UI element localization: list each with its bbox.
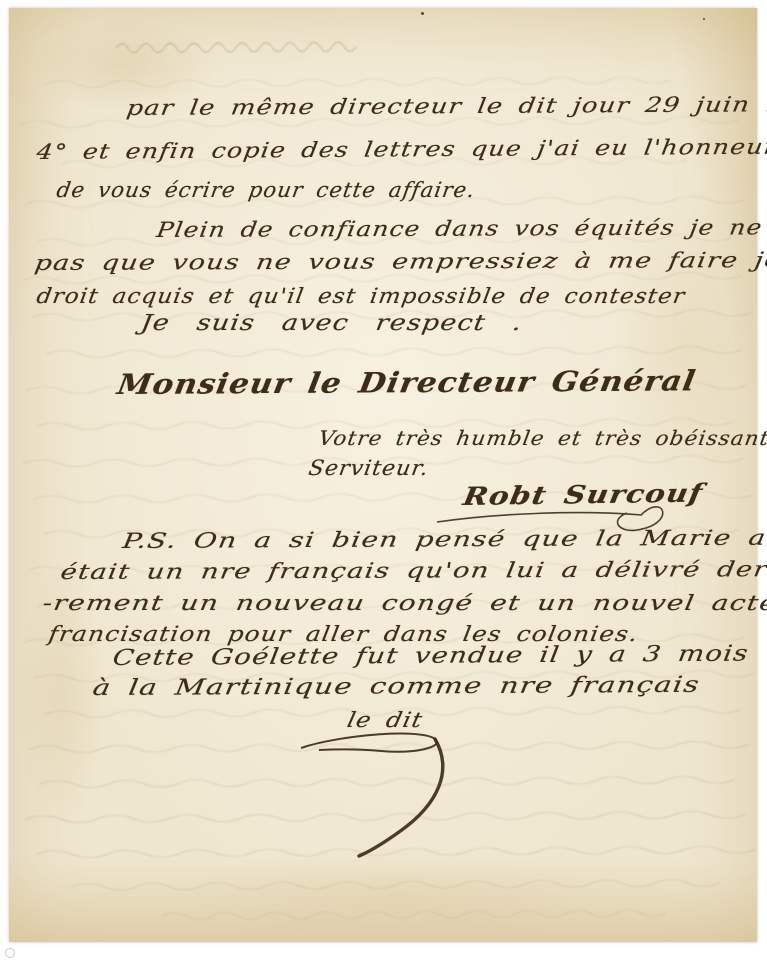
paper-sheet: par le même directeur le dit jour 29 jui… — [9, 8, 757, 942]
ink-speck — [703, 18, 705, 20]
scanned-letter-page: par le même directeur le dit jour 29 jui… — [0, 0, 767, 960]
paraph-flourish — [9, 8, 757, 942]
ink-speck — [421, 12, 424, 15]
paper-blemish — [5, 948, 15, 958]
